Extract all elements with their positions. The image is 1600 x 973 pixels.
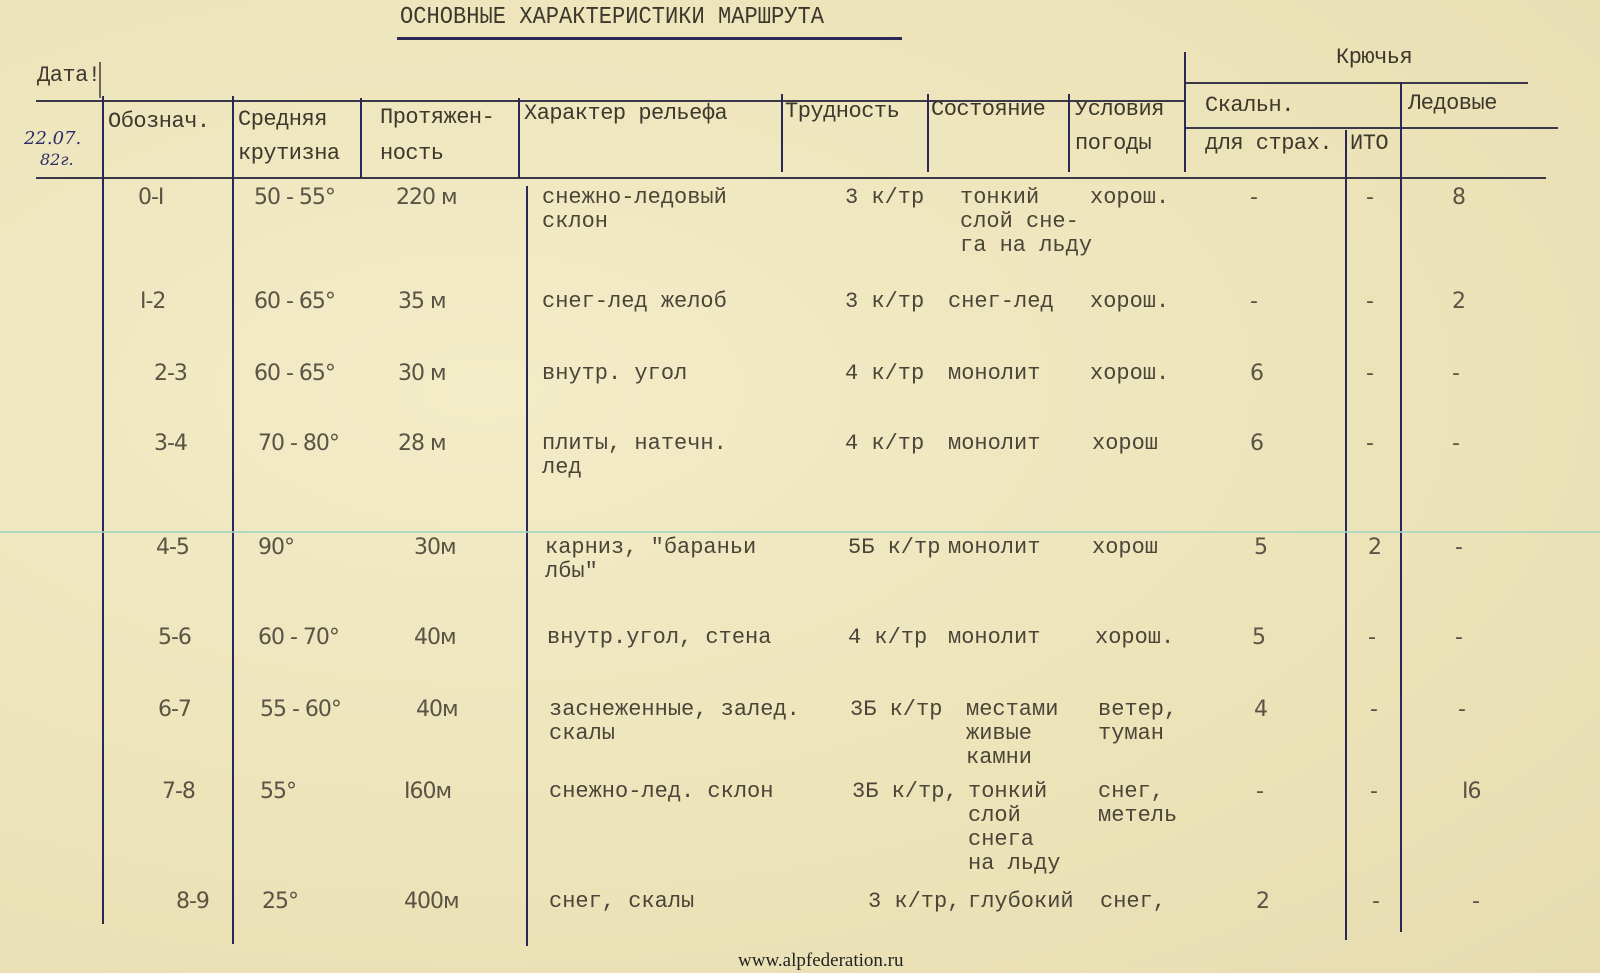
cell-designation: 8-9 [176,890,209,914]
cell-length: 30 м [398,362,446,386]
header-weather-2: погоды [1075,132,1151,156]
col-divider-4-body [526,186,528,946]
cell-designation: I-2 [140,290,165,314]
pitons-top-line [1186,82,1528,84]
cell-rock-belay: - [1250,290,1257,314]
cell-condition: монолит [948,432,1040,456]
cell-slope: 55° [260,780,296,804]
cell-rock-belay: 6 [1250,432,1263,456]
cell-rock-aid: - [1366,186,1373,210]
cell-relief: внутр.угол, стена [547,626,771,650]
cell-length: 40м [414,626,456,650]
cell-rock-belay: 5 [1254,536,1267,560]
title-underline [397,37,902,40]
cell-designation: 2-3 [154,362,187,386]
cell-relief: плиты, натечн. лед [542,432,727,480]
cell-condition: монолит [948,626,1040,650]
cell-condition: монолит [948,536,1040,560]
cell-ice: 2 [1452,290,1465,314]
header-difficulty: Трудность [785,100,899,124]
scan-artifact-line [0,531,1600,533]
header-rock-belay: для страх. [1205,132,1332,156]
cell-relief: снежно-ледовый склон [542,186,727,234]
cell-difficulty: 5Б к/тр [848,536,940,560]
col-divider-5 [781,94,783,172]
header-rock-aid: ИТО [1350,132,1388,156]
cell-difficulty: 3 к/тр [845,290,924,314]
cell-rock-aid: - [1372,890,1379,914]
cell-relief: карниз, "бараньи лбы" [545,536,756,584]
cell-weather: хорош [1092,432,1158,456]
cell-designation: 3-4 [154,432,187,456]
cell-relief: внутр. угол [542,362,687,386]
cell-slope: 60 - 65° [254,290,335,314]
cell-rock-aid: - [1366,362,1373,386]
header-bottom-line [36,177,1546,179]
cell-ice: - [1455,626,1462,650]
cell-designation: 0-I [138,186,163,210]
page-title: ОСНОВНЫЕ ХАРАКТЕРИСТИКИ МАРШРУТА [400,4,824,31]
cell-slope: 60 - 65° [254,362,335,386]
col-divider-2 [232,96,234,944]
cell-weather: хорош. [1095,626,1174,650]
cell-designation: 5-6 [158,626,191,650]
cell-rock-belay: 5 [1252,626,1265,650]
cell-designation: 7-8 [162,780,195,804]
col-divider-3 [360,98,362,178]
cell-ice: - [1452,432,1459,456]
cell-relief: снег, скалы [549,890,694,914]
cell-ice: - [1455,536,1462,560]
cell-relief: заснеженные, залед. скалы [549,698,800,746]
cell-designation: 6-7 [158,698,191,722]
header-condition: Состояние [931,98,1045,122]
cell-weather: ветер, туман [1098,698,1177,746]
cell-condition: снег-лед [948,290,1054,314]
header-avg-slope-1: Средняя [238,108,327,132]
cell-slope: 60 - 70° [258,626,339,650]
cell-rock-aid: - [1368,626,1375,650]
cell-length: 220 м [396,186,457,210]
cell-rock-aid: - [1366,432,1373,456]
cell-difficulty: 4 к/тр [845,362,924,386]
cell-condition: местами живые камни [966,698,1058,770]
cell-difficulty: 3Б к/тр, [852,780,958,804]
col-divider-7 [1068,94,1070,172]
cell-relief: снег-лед желоб [542,290,727,314]
header-designation: Обознач. [108,110,210,134]
cell-rock-belay: 4 [1254,698,1267,722]
header-avg-slope-2: крутизна [238,142,340,166]
cell-condition: тонкий слой сне- га на льду [960,186,1092,258]
header-pitons: Крючья [1336,46,1412,70]
col-divider-6 [927,94,929,172]
cell-difficulty: 4 к/тр [848,626,927,650]
cell-ice: - [1458,698,1465,722]
col-divider-10 [1400,82,1402,932]
cell-weather: снег, метель [1098,780,1177,828]
cell-difficulty: 3Б к/тр [850,698,942,722]
cell-length: 40м [416,698,458,722]
cell-rock-belay: 6 [1250,362,1263,386]
cell-length: 30м [414,536,456,560]
cell-ice: 8 [1452,186,1465,210]
cell-difficulty: 3 к/тр, [868,890,960,914]
cell-rock-aid: 2 [1368,536,1381,560]
cell-difficulty: 4 к/тр [845,432,924,456]
cell-rock-belay: - [1256,780,1263,804]
date-label-divider [99,62,101,98]
cell-condition: тонкий слой снега на льду [968,780,1060,876]
cell-slope: 90° [258,536,294,560]
cell-ice: - [1452,362,1459,386]
pitons-mid-line [1186,127,1558,129]
header-ice: Ледовые [1408,92,1497,116]
cell-length: I60м [404,780,451,804]
col-divider-4 [518,98,520,178]
header-length-2: ность [380,142,444,166]
cell-designation: 4-5 [156,536,189,560]
cell-rock-belay: 2 [1256,890,1269,914]
handwritten-date-year: 82г. [40,150,74,169]
cell-rock-aid: - [1370,780,1377,804]
cell-weather: снег, [1100,890,1166,914]
col-divider-1 [102,96,104,924]
date-label: Дата! [37,64,101,88]
cell-length: 400м [404,890,459,914]
cell-ice: - [1472,890,1479,914]
header-weather-1: Условия [1075,98,1164,122]
cell-length: 28 м [398,432,446,456]
cell-ice: I6 [1462,780,1481,804]
cell-weather: хорош. [1090,290,1169,314]
cell-rock-aid: - [1366,290,1373,314]
cell-weather: хорош. [1090,186,1169,210]
cell-relief: снежно-лед. склон [549,780,773,804]
cell-rock-belay: - [1250,186,1257,210]
col-divider-8 [1184,52,1186,172]
cell-condition: глубокий [968,890,1074,914]
handwritten-date-day: 22.07. [24,128,81,149]
cell-length: 35 м [398,290,446,314]
cell-slope: 55 - 60° [260,698,341,722]
header-length-1: Протяжен- [380,106,494,130]
col-divider-9 [1345,130,1347,940]
watermark: www.alpfederation.ru [738,950,903,972]
cell-difficulty: 3 к/тр [845,186,924,210]
cell-weather: хорош. [1090,362,1169,386]
cell-slope: 50 - 55° [254,186,335,210]
header-relief: Характер рельефа [524,102,727,126]
header-rock: Скальн. [1205,94,1294,118]
cell-condition: монолит [948,362,1040,386]
cell-weather: хорош [1092,536,1158,560]
cell-rock-aid: - [1370,698,1377,722]
cell-slope: 70 - 80° [258,432,339,456]
cell-slope: 25° [262,890,298,914]
